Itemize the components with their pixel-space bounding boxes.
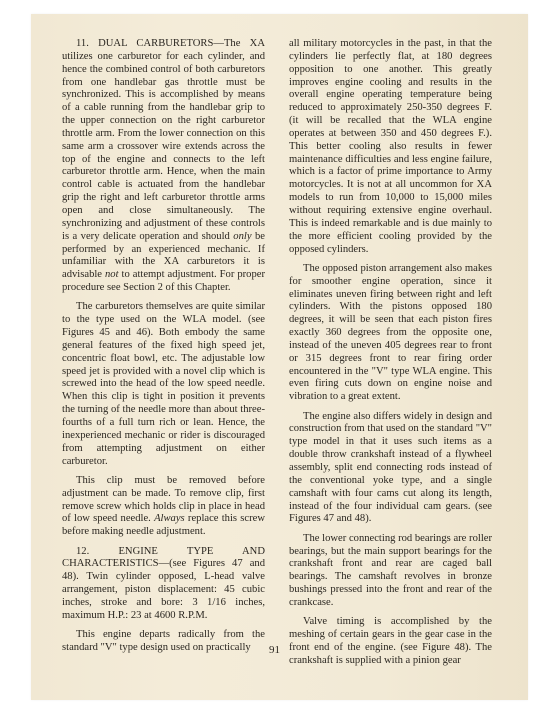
paragraph: 12. ENGINE TYPE AND CHARACTERISTICS—(see…	[62, 546, 265, 623]
text-run: 12. ENGINE TYPE AND CHARACTERISTICS—(see…	[62, 546, 265, 621]
left-column: 11. DUAL CARBURETORS—The XA utilizes one…	[62, 38, 265, 661]
text-run: 11. DUAL CARBURETORS—The XA utilizes one…	[62, 38, 265, 242]
paragraph: This engine departs radically from the s…	[62, 629, 265, 655]
paragraph: The carburetors themselves are quite sim…	[62, 301, 265, 468]
book-page: 11. DUAL CARBURETORS—The XA utilizes one…	[31, 14, 528, 700]
text-run: The lower connecting rod bearings are ro…	[289, 533, 492, 608]
text-run: The engine also differs widely in design…	[289, 411, 492, 525]
page-number: 91	[269, 644, 280, 656]
paragraph: The lower connecting rod bearings are ro…	[289, 533, 492, 610]
paragraph: This clip must be removed before adjustm…	[62, 475, 265, 539]
paragraph: 11. DUAL CARBURETORS—The XA utilizes one…	[62, 38, 265, 295]
paragraph: The engine also differs widely in design…	[289, 411, 492, 527]
emphasis-text: not	[105, 269, 119, 280]
paragraph: all military motorcycles in the past, in…	[289, 38, 492, 256]
text-run: Valve timing is accomplished by the mesh…	[289, 616, 492, 666]
paragraph: Valve timing is accomplished by the mesh…	[289, 616, 492, 667]
emphasis-text: Always	[154, 513, 185, 524]
paragraph: The opposed piston arrangement also make…	[289, 263, 492, 404]
text-run: The opposed piston arrangement also make…	[289, 263, 492, 402]
text-run: The carburetors themselves are quite sim…	[62, 301, 265, 466]
text-run: This engine departs radically from the s…	[62, 629, 265, 653]
emphasis-text: only	[233, 231, 251, 242]
text-run: all military motorcycles in the past, in…	[289, 38, 492, 255]
right-column: all military motorcycles in the past, in…	[289, 38, 492, 674]
